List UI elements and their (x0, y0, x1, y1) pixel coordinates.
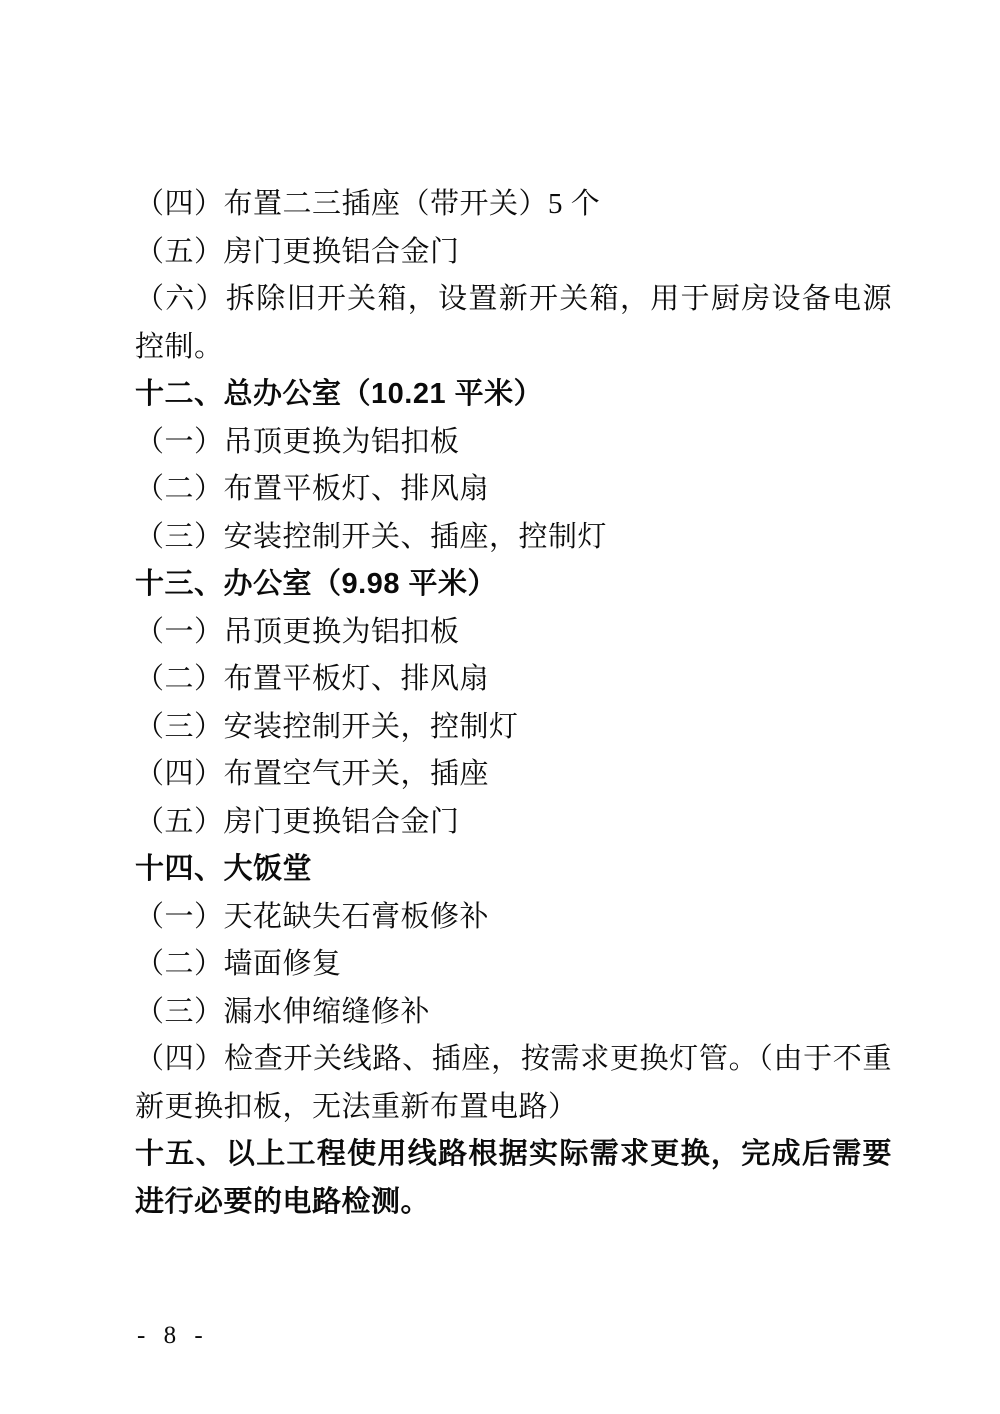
list-item: （二）布置平板灯、排风扇 (135, 656, 892, 704)
list-item: （三）安装控制开关、插座，控制灯 (135, 514, 892, 562)
section-heading: 十四、大饭堂 (135, 846, 892, 894)
list-item: （四）布置空气开关，插座 (135, 751, 892, 799)
list-item: （一）天花缺失石膏板修补 (135, 894, 892, 942)
list-item: （四）检查开关线路、插座，按需求更换灯管。（由于不重新更换扣板，无法重新布置电路… (135, 1036, 892, 1131)
list-item: （一）吊顶更换为铝扣板 (135, 419, 892, 467)
list-item: （五）房门更换铝合金门 (135, 799, 892, 847)
page-number: - 8 - (137, 1322, 209, 1350)
list-item: （一）吊顶更换为铝扣板 (135, 609, 892, 657)
list-item: （六）拆除旧开关箱，设置新开关箱，用于厨房设备电源控制。 (135, 276, 892, 371)
section-heading: 十三、办公室（9.98 平米） (135, 561, 892, 609)
list-item: （三）漏水伸缩缝修补 (135, 989, 892, 1037)
document-body: （四）布置二三插座（带开关）5 个 （五）房门更换铝合金门 （六）拆除旧开关箱，… (135, 181, 892, 1226)
section-heading: 十五、以上工程使用线路根据实际需求更换，完成后需要进行必要的电路检测。 (135, 1131, 892, 1226)
list-item: （二）布置平板灯、排风扇 (135, 466, 892, 514)
document-page: （四）布置二三插座（带开关）5 个 （五）房门更换铝合金门 （六）拆除旧开关箱，… (0, 0, 1000, 1414)
section-heading: 十二、总办公室（10.21 平米） (135, 371, 892, 419)
list-item: （三）安装控制开关，控制灯 (135, 704, 892, 752)
list-item: （五）房门更换铝合金门 (135, 229, 892, 277)
list-item: （二）墙面修复 (135, 941, 892, 989)
list-item: （四）布置二三插座（带开关）5 个 (135, 181, 892, 229)
